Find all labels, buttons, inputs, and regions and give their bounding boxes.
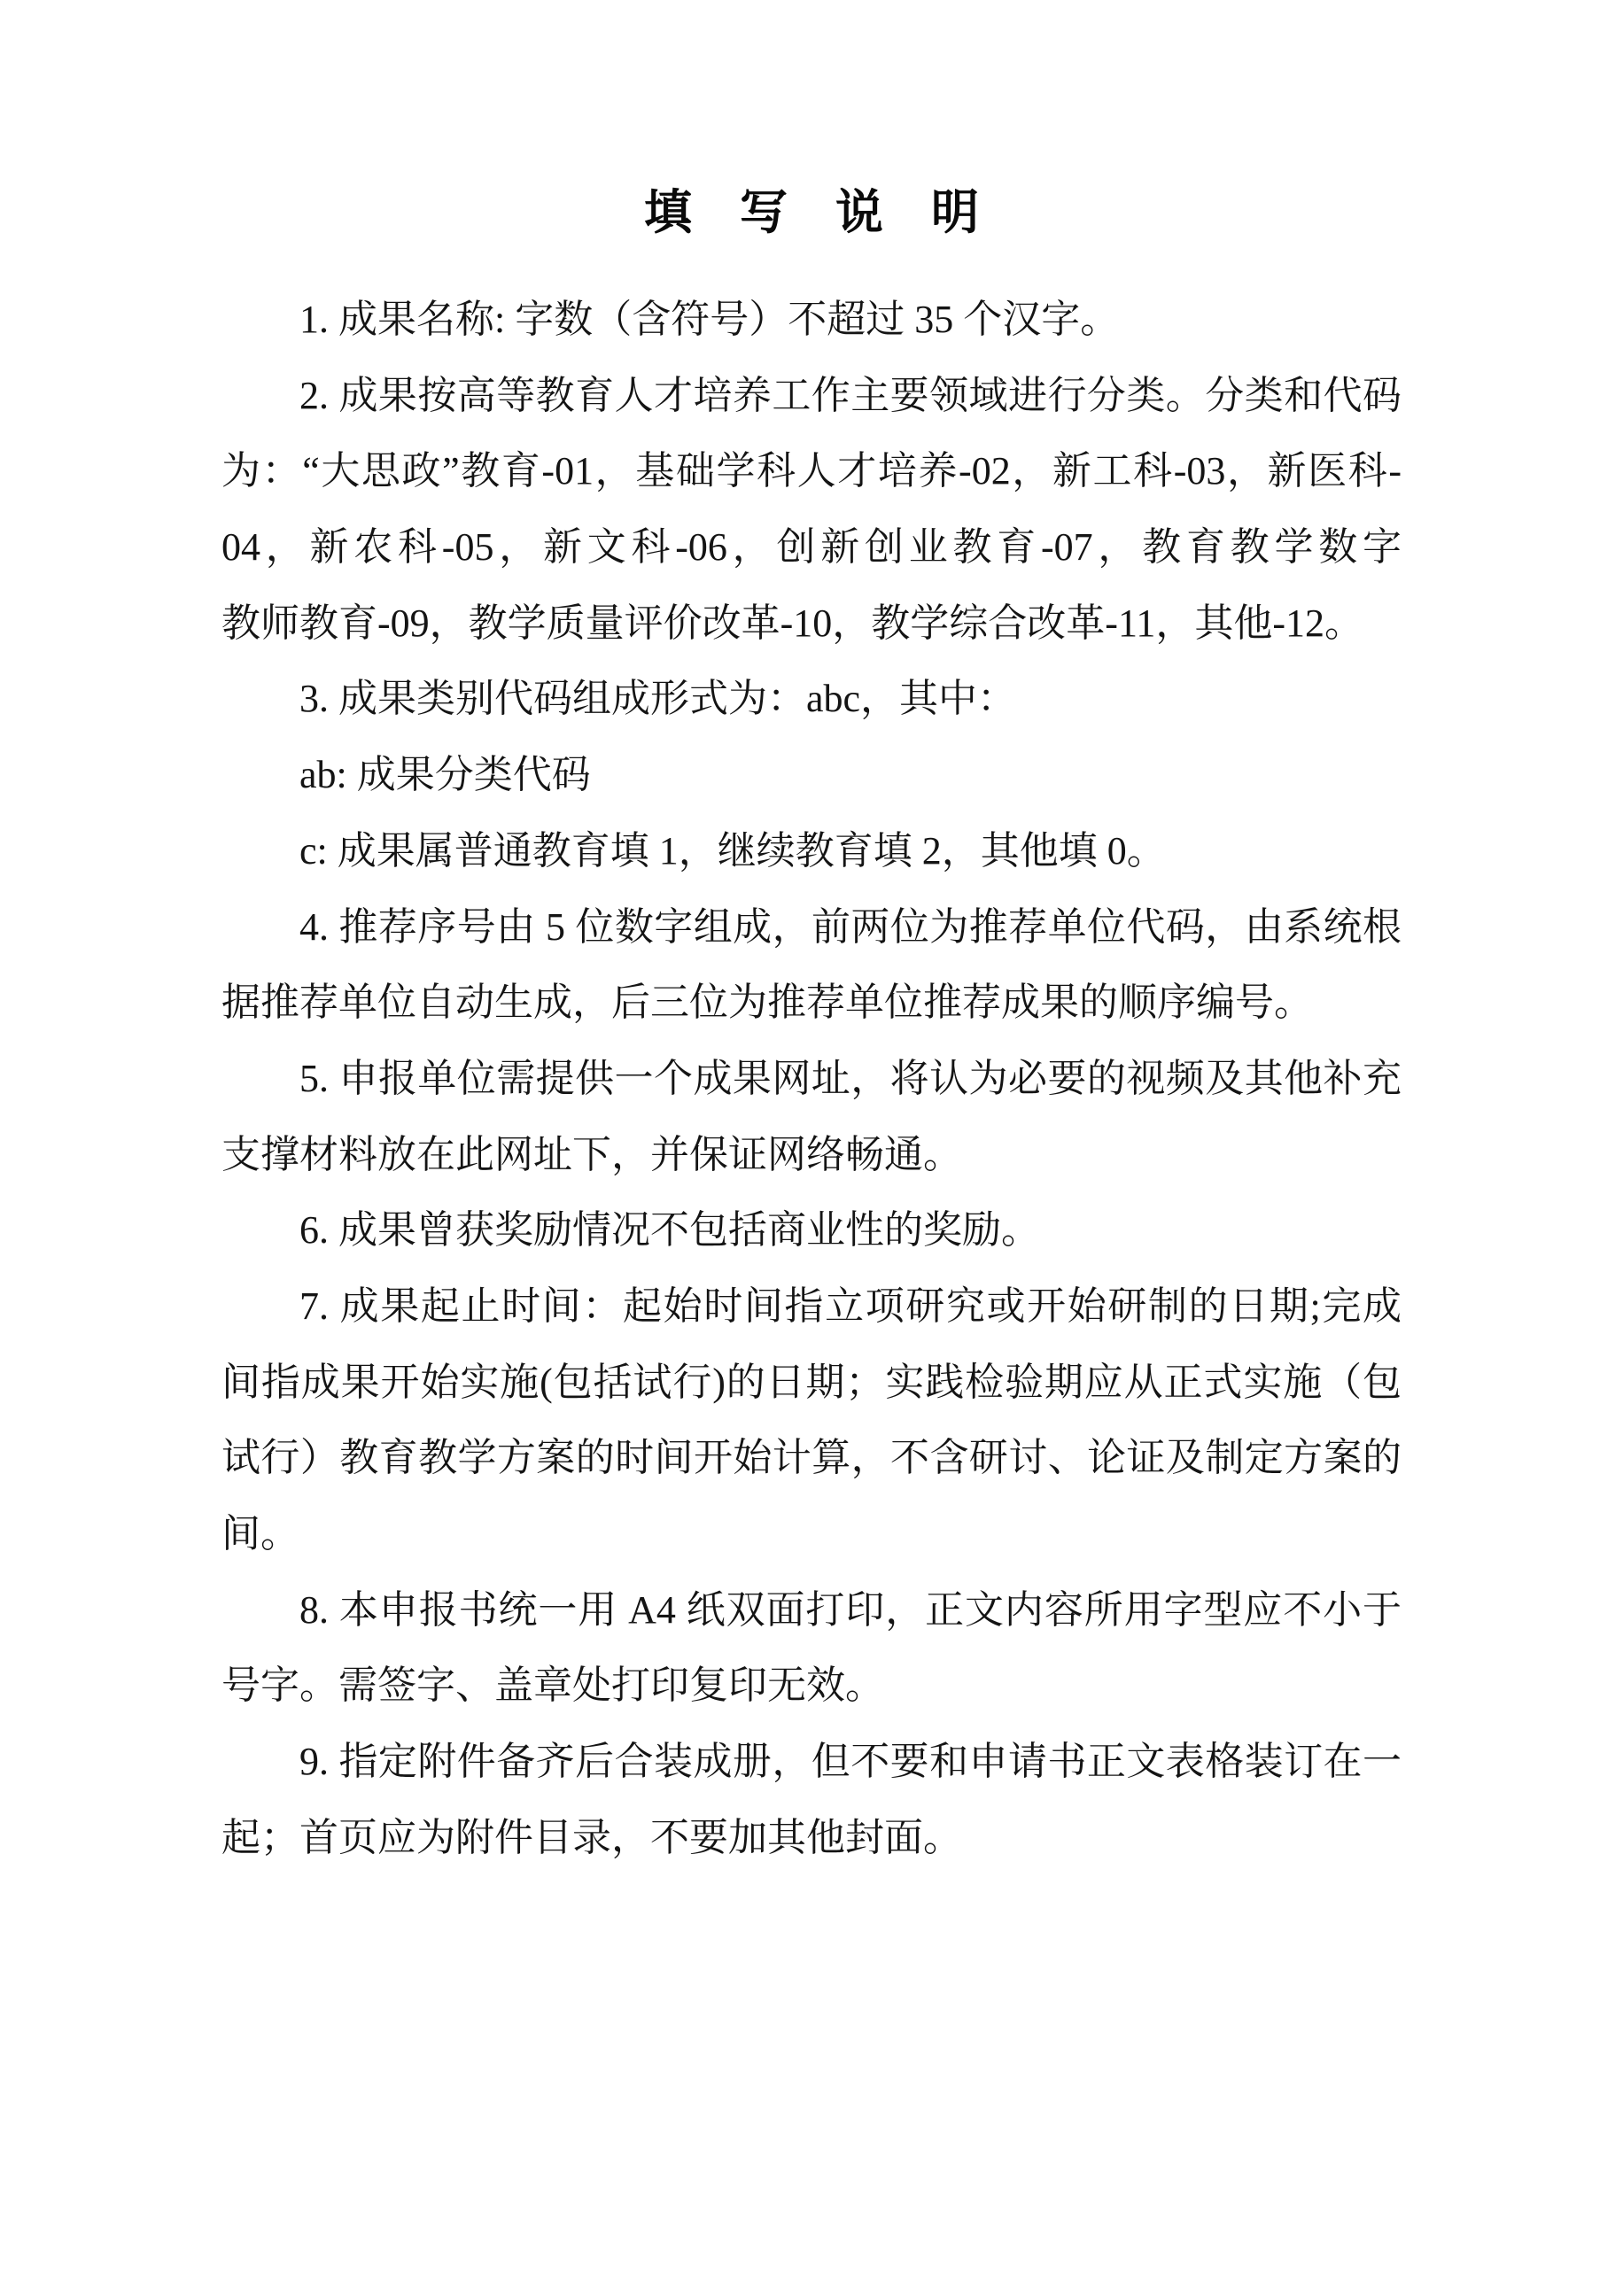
instruction-line-7: ab: 成果分类代码 (221, 737, 1402, 813)
instruction-line-18: 8. 本申报书统一用 A4 纸双面打印，正文内容所用字型应不小于 4 (221, 1572, 1402, 1648)
instruction-line-4: 04，新农科-05，新文科-06，创新创业教育-07，教育教学数字化-08， (221, 509, 1402, 586)
instruction-line-3: 为：“大思政”教育-01，基础学科人才培养-02，新工科-03，新医科- (221, 433, 1402, 509)
instruction-line-19: 号字。需签字、盖章处打印复印无效。 (221, 1648, 1402, 1724)
instruction-line-11: 5. 申报单位需提供一个成果网址，将认为必要的视频及其他补充 (221, 1041, 1402, 1117)
instruction-line-10: 据推荐单位自动生成，后三位为推荐单位推荐成果的顺序编号。 (221, 965, 1402, 1041)
instruction-line-16: 试行）教育教学方案的时间开始计算，不含研讨、论证及制定方案的时 (221, 1420, 1402, 1496)
instruction-line-8: c: 成果属普通教育填 1，继续教育填 2，其他填 0。 (221, 813, 1402, 889)
instruction-line-9: 4. 推荐序号由 5 位数字组成，前两位为推荐单位代码，由系统根 (221, 889, 1402, 966)
document-title: 填 写 说 明 (0, 186, 1623, 239)
instruction-line-2: 2. 成果按高等教育人才培养工作主要领域进行分类。分类和代码 (221, 358, 1402, 434)
instruction-line-13: 6. 成果曾获奖励情况不包括商业性的奖励。 (221, 1192, 1402, 1268)
instruction-line-15: 间指成果开始实施(包括试行)的日期；实践检验期应从正式实施（包括 (221, 1345, 1402, 1421)
document-page: 填 写 说 明 1. 成果名称: 字数（含符号）不超过 35 个汉字。 2. 成… (0, 0, 1623, 2296)
instruction-line-17: 间。 (221, 1496, 1402, 1572)
instruction-line-20: 9. 指定附件备齐后合装成册，但不要和申请书正文表格装订在一 (221, 1724, 1402, 1800)
instruction-line-21: 起；首页应为附件目录，不要加其他封面。 (221, 1800, 1402, 1876)
instruction-line-12: 支撑材料放在此网址下，并保证网络畅通。 (221, 1117, 1402, 1193)
instruction-line-14: 7. 成果起止时间：起始时间指立项研究或开始研制的日期;完成时 (221, 1268, 1402, 1345)
instruction-line-6: 3. 成果类别代码组成形式为：abc，其中： (221, 661, 1402, 737)
instructions-body: 1. 成果名称: 字数（含符号）不超过 35 个汉字。 2. 成果按高等教育人才… (221, 282, 1402, 1875)
instruction-line-1: 1. 成果名称: 字数（含符号）不超过 35 个汉字。 (221, 282, 1402, 358)
instruction-line-5: 教师教育-09，教学质量评价改革-10，教学综合改革-11，其他-12。 (221, 586, 1402, 662)
